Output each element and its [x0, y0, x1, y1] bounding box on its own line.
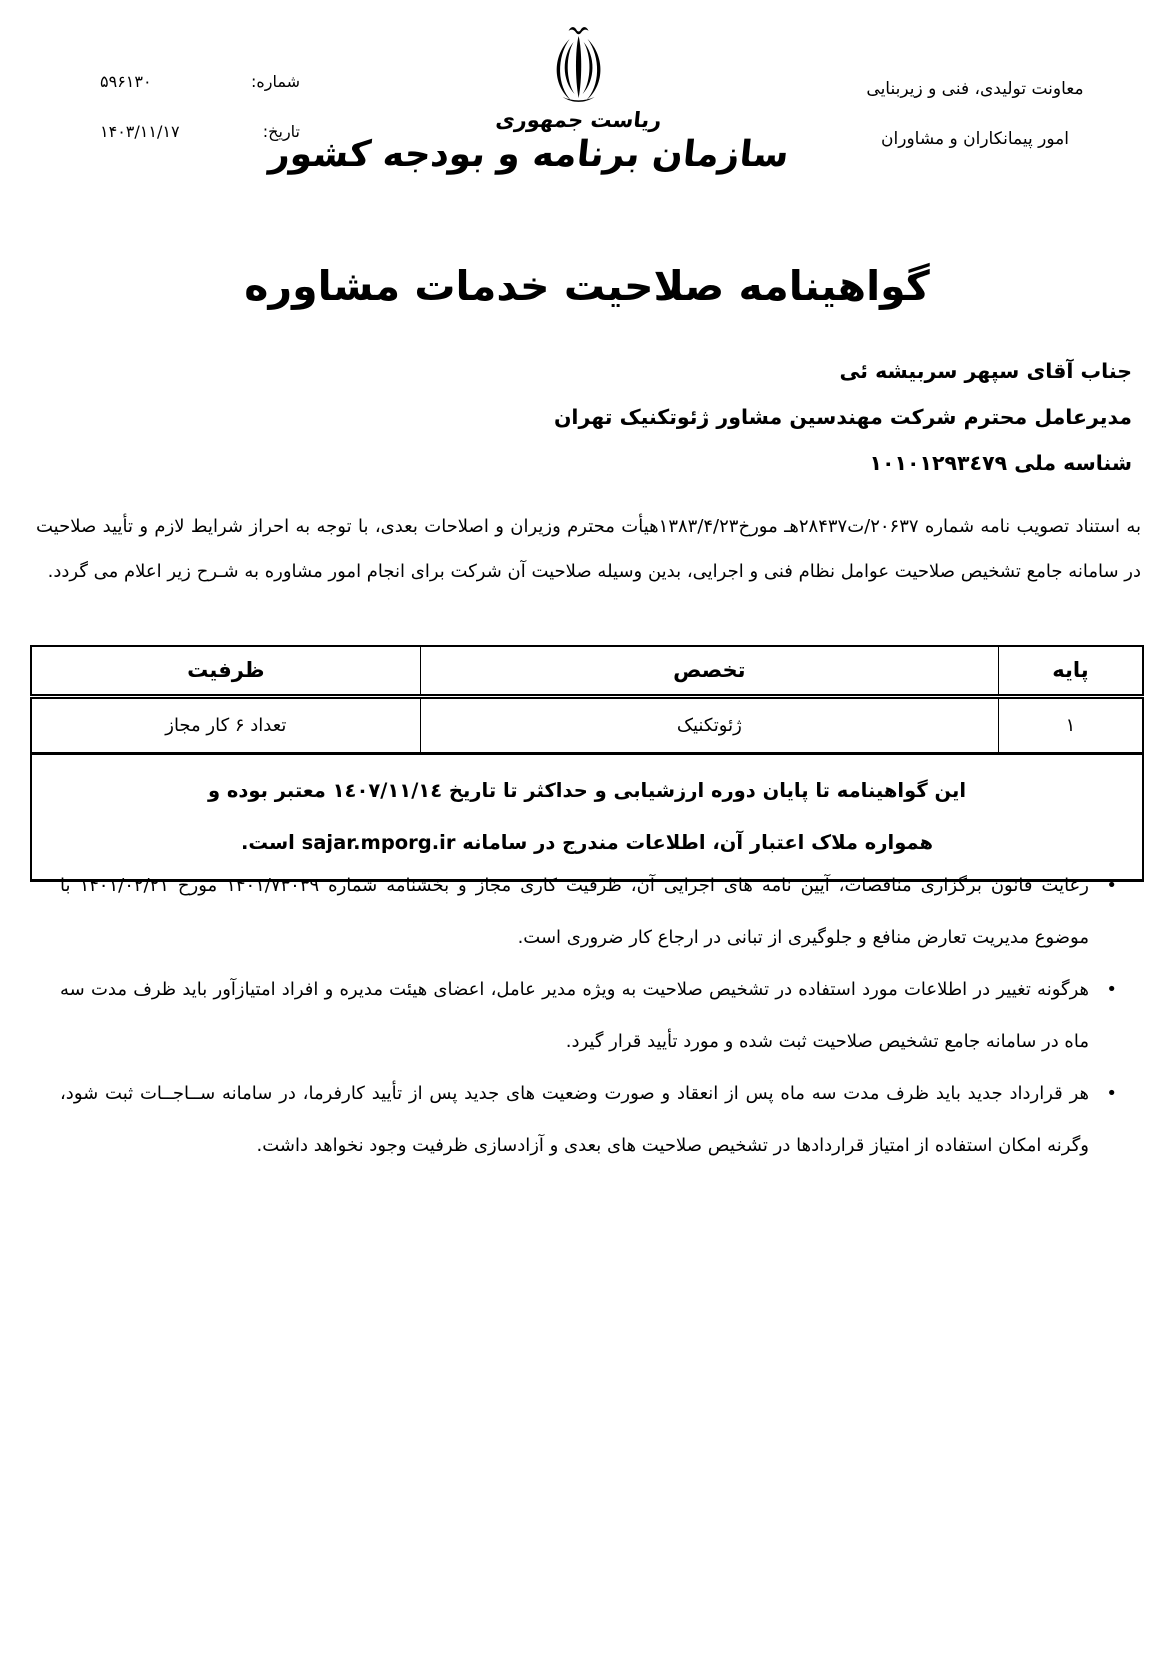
cell-specialty: ژئوتکنیک	[420, 696, 998, 753]
table-row: ۱ ژئوتکنیک تعداد ۶ کار مجاز	[31, 696, 1143, 753]
intro-paragraph: به استناد تصویب نامه شماره ۲۰۶۳۷/ت۲۸۴۳۷ه…	[36, 504, 1141, 594]
validity-line-1: این گواهینامه تا پایان دوره ارزشیابی و ح…	[40, 765, 1134, 817]
bullet-icon: •	[1106, 964, 1117, 1016]
note-text-3: هر قرارداد جدید باید ظرف مدت سه ماه پس ا…	[60, 1083, 1089, 1156]
list-item: • هرگونه تغییر در اطلاعات مورد استفاده د…	[60, 964, 1119, 1068]
list-item: • هر قرارداد جدید باید ظرف مدت سه ماه پس…	[60, 1068, 1119, 1172]
certificate-page: معاونت تولیدی، فنی و زیربنایی امور پیمان…	[0, 0, 1174, 1662]
cell-capacity: تعداد ۶ کار مجاز	[31, 696, 420, 753]
bullet-icon: •	[1106, 860, 1117, 912]
department-line-1: معاونت تولیدی، فنی و زیربنایی	[810, 64, 1140, 114]
iran-emblem-icon	[548, 24, 610, 104]
addressee-name: جناب آقای سپهر سربیشه ئی	[42, 348, 1132, 394]
addressee-national-id: شناسه ملی ۱۰۱۰۱۲۹۳٤۷۹	[42, 440, 1132, 486]
organization-name: سازمان برنامه و بودجه کشور	[366, 134, 790, 175]
list-item: • رعایت قانون برگزاری مناقصات، آیین نامه…	[60, 860, 1119, 964]
bullet-icon: •	[1106, 1068, 1117, 1120]
number-label: شماره:	[251, 72, 300, 91]
org-logo-block: ریاست جمهوری سازمان برنامه و بودجه کشور	[369, 24, 789, 175]
qualification-table-wrap: پایه تخصص ظرفیت ۱ ژئوتکنیک تعداد ۶ کار م…	[30, 645, 1144, 882]
presidency-label: ریاست جمهوری	[367, 108, 790, 132]
note-text-1: رعایت قانون برگزاری مناقصات، آیین نامه ه…	[60, 875, 1089, 948]
addressee-block: جناب آقای سپهر سربیشه ئی مدیرعامل محترم …	[42, 348, 1132, 486]
department-line-2: امور پیمانکاران و مشاوران	[810, 114, 1140, 164]
header-grade: پایه	[998, 646, 1143, 696]
document-number-row: شماره: ۵۹۶۱۳۰	[100, 72, 300, 122]
note-text-2: هرگونه تغییر در اطلاعات مورد استفاده در …	[60, 979, 1089, 1052]
notes-list: • رعایت قانون برگزاری مناقصات، آیین نامه…	[60, 860, 1119, 1172]
qualification-table: پایه تخصص ظرفیت ۱ ژئوتکنیک تعداد ۶ کار م…	[30, 645, 1144, 882]
page-title: گواهینامه صلاحیت خدمات مشاوره	[0, 262, 1174, 310]
department-block: معاونت تولیدی، فنی و زیربنایی امور پیمان…	[810, 64, 1140, 164]
cell-grade: ۱	[998, 696, 1143, 753]
table-header-row: پایه تخصص ظرفیت	[31, 646, 1143, 696]
number-value: ۵۹۶۱۳۰	[100, 72, 152, 91]
header-capacity: ظرفیت	[31, 646, 420, 696]
addressee-role: مدیرعامل محترم شرکت مهندسین مشاور ژئوتکن…	[42, 394, 1132, 440]
date-value: ۱۴۰۳/۱۱/۱۷	[100, 122, 180, 141]
header-specialty: تخصص	[420, 646, 998, 696]
